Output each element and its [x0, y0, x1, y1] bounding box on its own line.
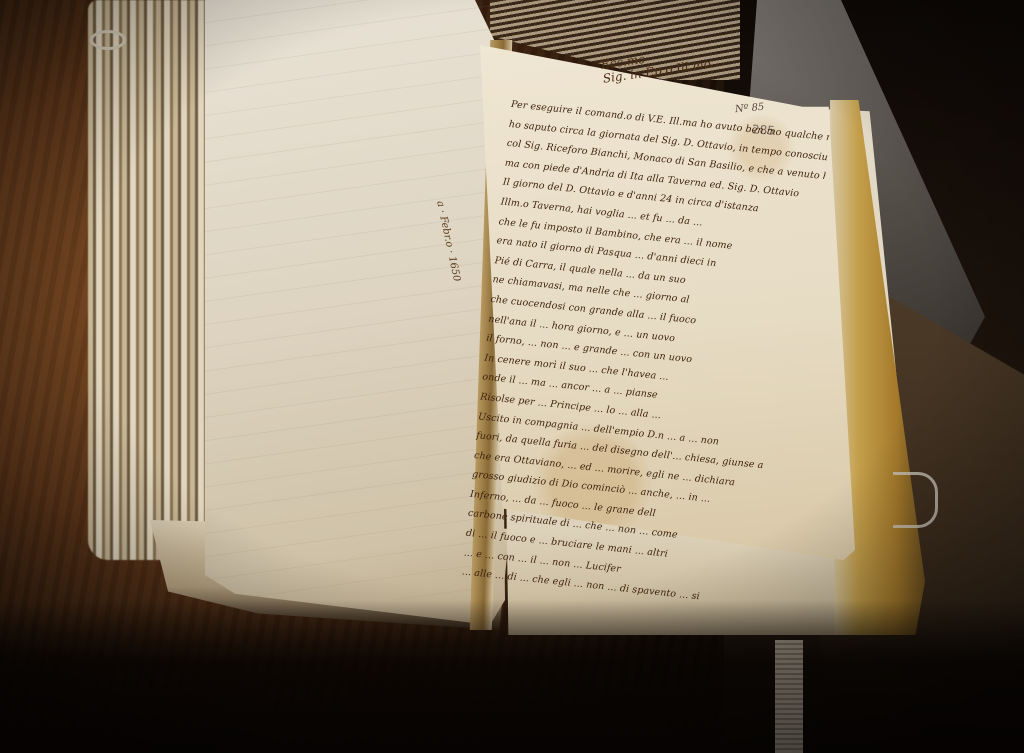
table-shadow: [0, 600, 1024, 753]
book-page-edges: [88, 0, 218, 560]
handwritten-text: Per eseguire il comand.o di V.E. Ill.ma …: [461, 95, 830, 616]
left-page-ruled-lines: [205, 0, 495, 600]
bookmark-ribbon: [775, 640, 803, 753]
binding-string: [90, 30, 126, 50]
cloth-tie-loop: [893, 472, 938, 528]
manuscript-photo: a · Febr.o · 1650 Ecc.mo Sig. in Ep.o Il…: [0, 0, 1024, 753]
